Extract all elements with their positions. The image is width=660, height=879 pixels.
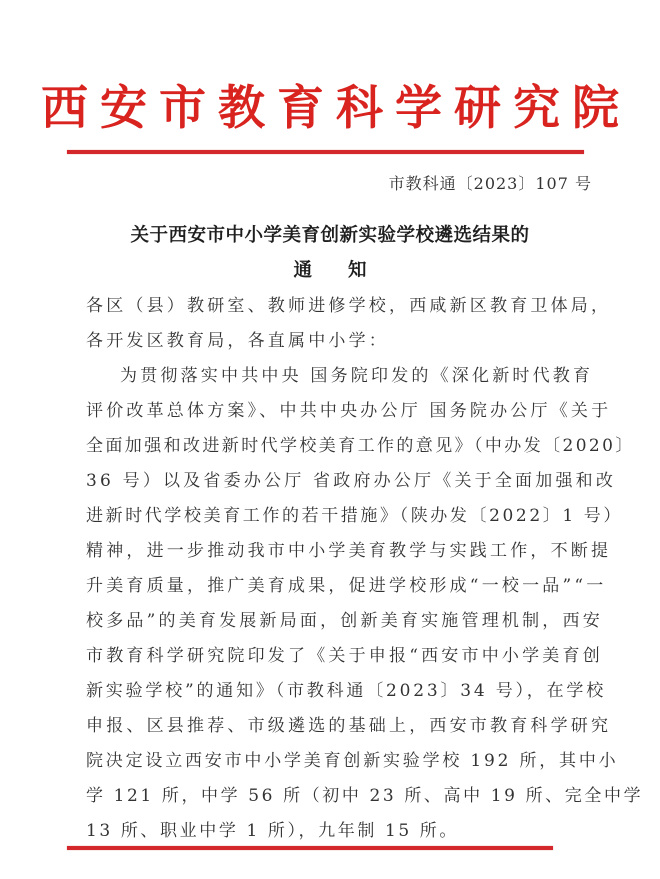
red-footer-rule xyxy=(67,846,553,850)
body-line-13: 学 121 所，中学 56 所（初中 23 所、高中 19 所、完全中学 xyxy=(86,781,586,806)
body-line-7: 升美育质量，推广美育成果，促进学校形成“一校一品”“一 xyxy=(86,571,586,596)
body-line-3: 全面加强和改进新时代学校美育工作的意见》（中办发〔2020〕 xyxy=(86,431,586,456)
body-line-6: 精神，进一步推动我市中小学美育教学与实践工作，不断提 xyxy=(86,536,586,561)
body-line-5: 进新时代学校美育工作的若干措施》（陕办发〔2022〕1 号） xyxy=(86,501,586,526)
body-line-9: 市教育科学研究院印发了《关于申报“西安市中小学美育创 xyxy=(86,641,586,666)
organization-masthead: 西安市教育科学研究院 xyxy=(0,80,660,138)
body-line-2: 评价改革总体方案》、中共中央办公厅 国务院办公厅《关于 xyxy=(86,396,586,421)
addressee-line-1: 各区（县）教研室、教师进修学校，西咸新区教育卫体局， xyxy=(86,291,586,316)
red-header-rule xyxy=(67,150,584,154)
body-line-14: 13 所、职业中学 1 所），九年制 15 所。 xyxy=(86,816,586,841)
addressee-line-2: 各开发区教育局，各直属中小学： xyxy=(86,326,586,351)
body-line-10: 新实验学校”的通知》（市教科通〔2023〕34 号），在学校 xyxy=(86,676,586,701)
body-line-11: 申报、区县推荐、市级遴选的基础上，西安市教育科学研究 xyxy=(86,711,586,736)
body-line-4: 36 号）以及省委办公厅 省政府办公厅《关于全面加强和改 xyxy=(86,466,586,491)
document-number: 市教科通〔2023〕107 号 xyxy=(389,171,592,194)
document-title-line-2: 通知 xyxy=(0,256,660,282)
body-line-1: 为贯彻落实中共中央 国务院印发的《深化新时代教育 xyxy=(120,361,620,386)
document-title-line-1: 关于西安市中小学美育创新实验学校遴选结果的 xyxy=(0,221,660,247)
body-line-12: 院决定设立西安市中小学美育创新实验学校 192 所，其中小 xyxy=(86,746,586,771)
body-line-8: 校多品”的美育发展新局面，创新美育实施管理机制，西安 xyxy=(86,606,586,631)
